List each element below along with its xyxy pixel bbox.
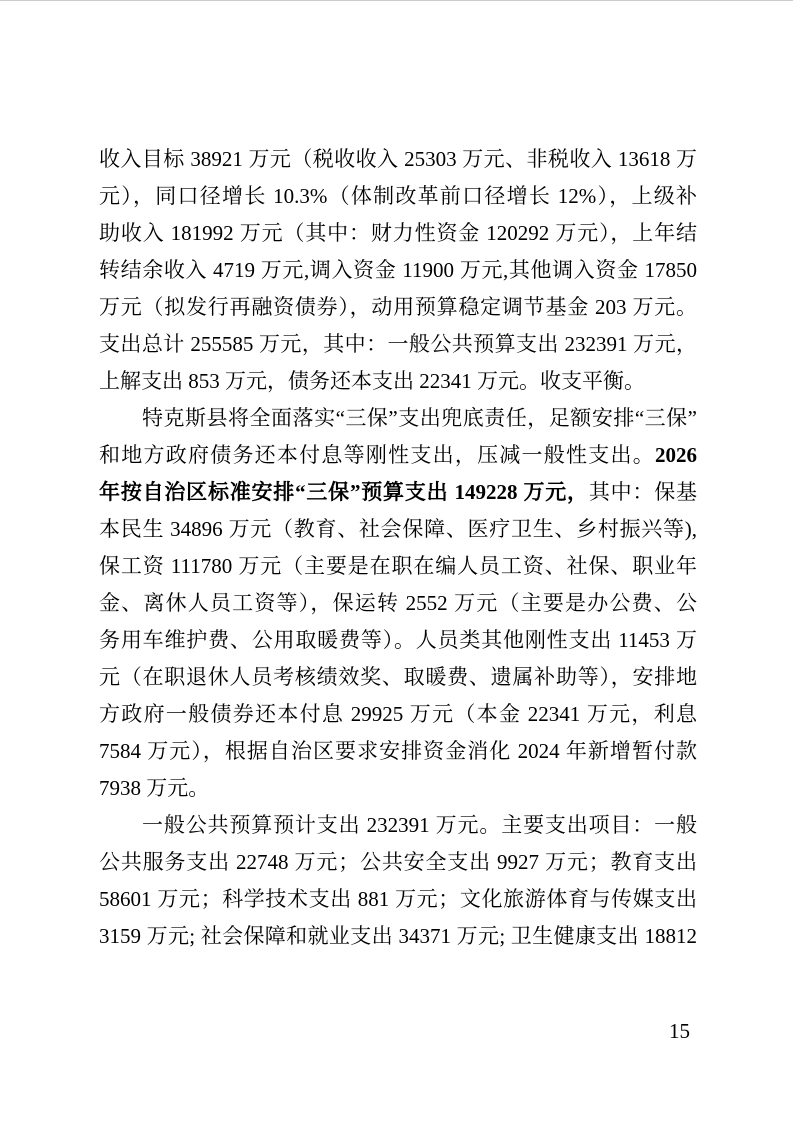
text-line: 元），同口径增长 10.3%（体制改革前口径增长 12%），上级补 [99, 178, 697, 215]
text-segment: 特克斯县将全面落实“三保”支出兜底责任，足额安排“三保” [142, 406, 697, 430]
text-segment: 务用车维护费、公用取暖费等）。人员类其他刚性支出 11453 万 [99, 628, 697, 652]
text-segment: 方政府一般债券还本付息 29925 万元（本金 22341 万元，利息 [99, 702, 697, 726]
text-line: 年按自治区标准安排“三保”预算支出 149228 万元，其中：保基 [99, 474, 697, 511]
text-segment: 收入目标 38921 万元（税收收入 25303 万元、非税收入 13618 万 [99, 147, 697, 171]
text-segment: 3159 万元; 社会保障和就业支出 34371 万元; 卫生健康支出 1881… [99, 924, 697, 948]
text-segment: 万元（拟发行再融资债券），动用预算稳定调节基金 203 万元。 [99, 295, 697, 319]
text-block: 收入目标 38921 万元（税收收入 25303 万元、非税收入 13618 万… [99, 141, 697, 955]
text-segment: 7584 万元），根据自治区要求安排资金消化 2024 年新增暂付款 [99, 739, 697, 763]
text-line: 务用车维护费、公用取暖费等）。人员类其他刚性支出 11453 万 [99, 622, 697, 659]
text-segment: 公共服务支出 22748 万元；公共安全支出 9927 万元；教育支出 [99, 850, 697, 874]
text-line: 方政府一般债券还本付息 29925 万元（本金 22341 万元，利息 [99, 696, 697, 733]
text-segment: 和地方政府债务还本付息等刚性支出，压减一般性支出。 [99, 443, 655, 467]
text-line: 本民生 34896 万元（教育、社会保障、医疗卫生、乡村振兴等), [99, 511, 697, 548]
page-top-edge [0, 0, 793, 1]
text-line: 支出总计 255585 万元，其中：一般公共预算支出 232391 万元， [99, 326, 697, 363]
text-segment: 上解支出 853 万元，债务还本支出 22341 万元。收支平衡。 [99, 369, 645, 393]
text-line: 58601 万元；科学技术支出 881 万元；文化旅游体育与传媒支出 [99, 881, 697, 918]
text-segment: 转结余收入 4719 万元,调入资金 11900 万元,其他调入资金 17850 [99, 258, 697, 282]
text-line: 收入目标 38921 万元（税收收入 25303 万元、非税收入 13618 万 [99, 141, 697, 178]
text-segment: 其中：保基 [589, 480, 697, 504]
text-line: 金、离休人员工资等），保运转 2552 万元（主要是办公费、公 [99, 585, 697, 622]
text-line: 7938 万元。 [99, 770, 697, 807]
text-segment: 保工资 111780 万元（主要是在职在编人员工资、社保、职业年 [99, 554, 697, 578]
text-segment: 助收入 181992 万元（其中：财力性资金 120292 万元），上年结 [99, 221, 697, 245]
text-line: 7584 万元），根据自治区要求安排资金消化 2024 年新增暂付款 [99, 733, 697, 770]
text-line: 上解支出 853 万元，债务还本支出 22341 万元。收支平衡。 [99, 363, 697, 400]
text-line: 和地方政府债务还本付息等刚性支出，压减一般性支出。2026 [99, 437, 697, 474]
text-line: 助收入 181992 万元（其中：财力性资金 120292 万元），上年结 [99, 215, 697, 252]
text-line: 元（在职退休人员考核绩效奖、取暖费、遗属补助等），安排地 [99, 659, 697, 696]
text-segment: 元），同口径增长 10.3%（体制改革前口径增长 12%），上级补 [99, 184, 697, 208]
text-line: 转结余收入 4719 万元,调入资金 11900 万元,其他调入资金 17850 [99, 252, 697, 289]
page-number: 15 [669, 1018, 690, 1044]
bold-text-segment: 年按自治区标准安排“三保”预算支出 149228 万元， [99, 480, 589, 504]
text-line: 一般公共预算预计支出 232391 万元。主要支出项目：一般 [99, 807, 697, 844]
text-segment: 58601 万元；科学技术支出 881 万元；文化旅游体育与传媒支出 [99, 887, 697, 911]
text-line: 特克斯县将全面落实“三保”支出兜底责任，足额安排“三保” [99, 400, 697, 437]
text-segment: 元（在职退休人员考核绩效奖、取暖费、遗属补助等），安排地 [99, 665, 697, 689]
text-line: 公共服务支出 22748 万元；公共安全支出 9927 万元；教育支出 [99, 844, 697, 881]
text-segment: 本民生 34896 万元（教育、社会保障、医疗卫生、乡村振兴等), [99, 517, 697, 541]
text-line: 3159 万元; 社会保障和就业支出 34371 万元; 卫生健康支出 1881… [99, 918, 697, 955]
text-line: 保工资 111780 万元（主要是在职在编人员工资、社保、职业年 [99, 548, 697, 585]
text-segment: 一般公共预算预计支出 232391 万元。主要支出项目：一般 [142, 813, 697, 837]
text-segment: 支出总计 255585 万元，其中：一般公共预算支出 232391 万元， [99, 332, 697, 356]
text-segment: 金、离休人员工资等），保运转 2552 万元（主要是办公费、公 [99, 591, 697, 615]
text-segment: 7938 万元。 [99, 776, 209, 800]
bold-text-segment: 2026 [655, 443, 697, 467]
text-line: 万元（拟发行再融资债券），动用预算稳定调节基金 203 万元。 [99, 289, 697, 326]
document-page: 收入目标 38921 万元（税收收入 25303 万元、非税收入 13618 万… [0, 0, 793, 1122]
